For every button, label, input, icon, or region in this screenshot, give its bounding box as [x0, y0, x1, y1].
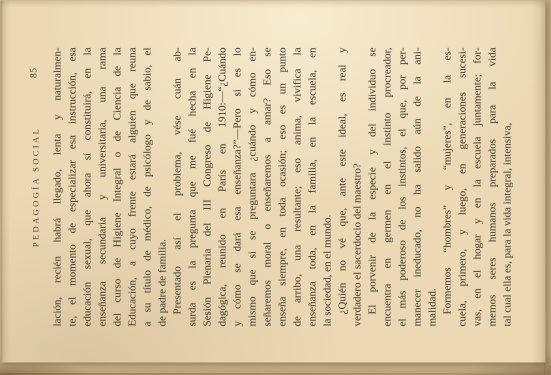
text-line: manecer ineducado, no ha salido aún de l… — [410, 47, 425, 326]
scanned-book-page: PEDAGOGÍA SOCIAL 85 lación, recién habrá… — [0, 0, 551, 375]
text-line: ¿Quién no vé que, ante este ideal, es re… — [335, 47, 350, 326]
text-line: educación sexual, que ahora sí constitui… — [80, 47, 95, 326]
text-line: Formemos “hombres” y “mujeres”, en la es… — [440, 47, 455, 326]
text-line: malidad. — [425, 47, 440, 326]
text-line: Sesión Plenaria del III Congreso de Higi… — [200, 47, 215, 326]
text-line: de arribo, una resultante; eso anima, vi… — [290, 47, 305, 326]
text-line: el más poderoso de los instintos, el que… — [395, 47, 410, 326]
text-line: memos seres humanos preparados para la v… — [485, 47, 500, 326]
page-number: 85 — [29, 67, 39, 78]
text-line: enseñanza secundaria y universitaria, un… — [95, 47, 110, 326]
text-line: dagógica, reunido en París en 1910:—“¿Cu… — [215, 47, 230, 326]
text-block: lación, recién habrá llegado, lenta y na… — [50, 47, 515, 326]
text-line: y cómo se dará esa enseñanza?”—Pero si e… — [230, 47, 245, 326]
text-line: cuela, primero, y luego, en generaciones… — [455, 47, 470, 326]
text-line: del curso de Higiene Integral o de Cienc… — [110, 47, 125, 326]
text-line: la sociedad, en el mundo. — [320, 47, 335, 326]
text-line: mismo que si se preguntara ¿cuándo y cóm… — [245, 47, 260, 326]
text-line: El porvenir de la especie y del individu… — [365, 47, 380, 326]
text-line: te, el momento de especializar esa instr… — [65, 47, 80, 326]
text-line: surda es la pregunta que me fué hecha en… — [185, 47, 200, 326]
text-line: encuentra en germen en el instinto procr… — [380, 47, 395, 326]
text-line: tal cual ella es, para la vida integral,… — [500, 47, 515, 326]
text-line: vas, en el hogar y en la escuela juntame… — [470, 47, 485, 326]
text-line: a su título de médico, de psicólogo y de… — [140, 47, 155, 326]
book-page-paper: PEDAGOGÍA SOCIAL 85 lación, recién habrá… — [0, 0, 545, 362]
running-header: PEDAGOGÍA SOCIAL 85 — [24, 47, 50, 326]
text-line: enseña siempre, en toda ocasión; eso es … — [275, 47, 290, 326]
page-content: PEDAGOGÍA SOCIAL 85 lación, recién habrá… — [24, 47, 515, 326]
text-line: señaremos moral o enseñaremos a amar? Es… — [260, 47, 275, 326]
text-line: lación, recién habrá llegado, lenta y na… — [50, 47, 65, 326]
text-line: verdadero el sacerdocio del maestro? — [350, 47, 365, 326]
running-header-title: PEDAGOGÍA SOCIAL — [24, 47, 40, 326]
text-line: enseñanza toda, en la familia, en la esc… — [305, 47, 320, 326]
text-line: Presentado así el problema, vése cuán ab… — [170, 47, 185, 326]
text-line: Educación, a cuyo frente estará alguien … — [125, 47, 140, 326]
text-line: de padre de familia. — [155, 47, 170, 326]
